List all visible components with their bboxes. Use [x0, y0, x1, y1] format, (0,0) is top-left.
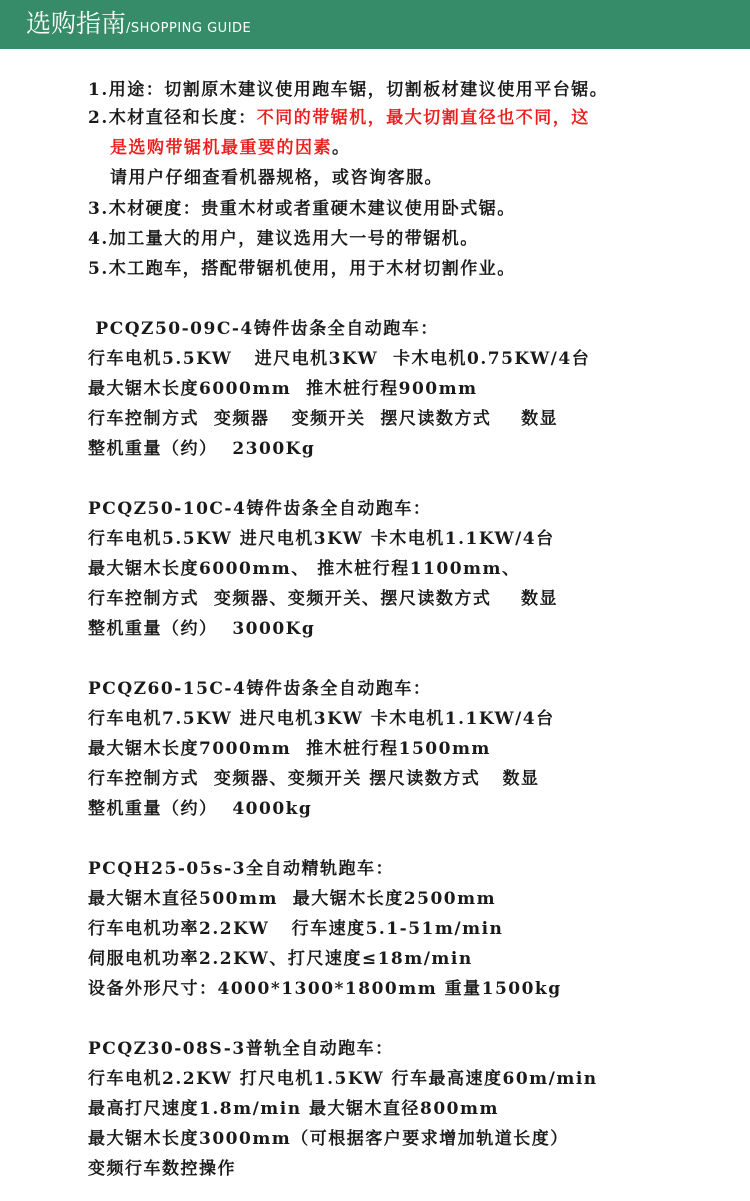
section-header: 选购指南/SHOPPING GUIDE [0, 0, 750, 49]
guide-item-3: 3.木材硬度：贵重木材或者重硬木建议使用卧式锯。 [88, 198, 516, 220]
product-spec: 行车电机7.5KW 进尺电机3KW 卡木电机1.1KW/4台 [88, 708, 555, 730]
product-spec: 行车电机5.5KW 进尺电机3KW 卡木电机1.1KW/4台 [88, 528, 555, 550]
product-spec: 最大锯木直径500mm 最大锯木长度2500mm [88, 888, 496, 910]
product-title: PCQZ50-09C-4铸件齿条全自动跑车： [88, 318, 439, 340]
product-spec: 整机重量（约） 4000kg [88, 798, 312, 820]
guide-item-2-note: 请用户仔细查看机器规格，或咨询客服。 [110, 167, 443, 189]
section-title: 选购指南/SHOPPING GUIDE [26, 8, 251, 45]
product-spec: 行车电机2.2KW 打尺电机1.5KW 行车最高速度60m/min [88, 1068, 598, 1090]
product-spec: 最大锯木长度6000mm、 推木桩行程1100mm、 [88, 558, 521, 580]
product-spec: 行车控制方式 变频器、变频开关、摆尺读数方式 数显 [88, 588, 558, 610]
product-spec: 最大锯木长度3000mm（可根据客户要求增加轨道长度） [88, 1128, 569, 1150]
guide-item-2-period: 。 [332, 138, 351, 158]
section-title-cn: 选购指南 [26, 9, 126, 38]
product-spec: 整机重量（约） 3000Kg [88, 618, 315, 640]
product-spec: 行车电机功率2.2KW 行车速度5.1-51m/min [88, 918, 503, 940]
product-title: PCQZ60-15C-4铸件齿条全自动跑车： [88, 678, 431, 700]
section-title-en: /SHOPPING GUIDE [126, 21, 251, 36]
guide-item-2: 2.木材直径和长度：不同的带锯机，最大切割直径也不同，这 [88, 107, 590, 129]
product-title: PCQZ30-08S-3普轨全自动跑车： [88, 1038, 394, 1060]
product-title: PCQZ50-10C-4铸件齿条全自动跑车： [88, 498, 431, 520]
product-spec: 行车控制方式 变频器、变频开关 摆尺读数方式 数显 [88, 768, 540, 790]
product-spec: 最高打尺速度1.8m/min 最大锯木直径800mm [88, 1098, 499, 1120]
guide-item-2-highlight: 不同的带锯机，最大切割直径也不同，这 [257, 108, 590, 128]
product-spec: 变频行车数控操作 [88, 1158, 236, 1180]
guide-item-2-cont: 是选购带锯机最重要的因素。 [110, 137, 351, 159]
product-spec: 最大锯木长度6000mm 推木桩行程900mm [88, 378, 478, 400]
product-spec: 最大锯木长度7000mm 推木桩行程1500mm [88, 738, 491, 760]
product-title: PCQH25-05s-3全自动精轨跑车： [88, 858, 394, 880]
guide-item-2-label: 2.木材直径和长度： [88, 108, 257, 128]
product-spec: 行车控制方式 变频器 变频开关 摆尺读数方式 数显 [88, 408, 558, 430]
guide-item-4: 4.加工量大的用户，建议选用大一号的带锯机。 [88, 228, 479, 250]
product-spec: 行车电机5.5KW 进尺电机3KW 卡木电机0.75KW/4台 [88, 348, 590, 370]
product-spec: 整机重量（约） 2300Kg [88, 438, 315, 460]
guide-item-5: 5.木工跑车，搭配带锯机使用，用于木材切割作业。 [88, 258, 516, 280]
guide-item-2-highlight-cont: 是选购带锯机最重要的因素 [110, 138, 332, 158]
guide-item-1: 1.用途：切割原木建议使用跑车锯，切割板材建议使用平台锯。 [88, 79, 608, 101]
product-spec: 伺服电机功率2.2KW、打尺速度≤18m/min [88, 948, 473, 970]
product-spec: 设备外形尺寸：4000*1300*1800mm 重量1500kg [88, 978, 562, 1000]
